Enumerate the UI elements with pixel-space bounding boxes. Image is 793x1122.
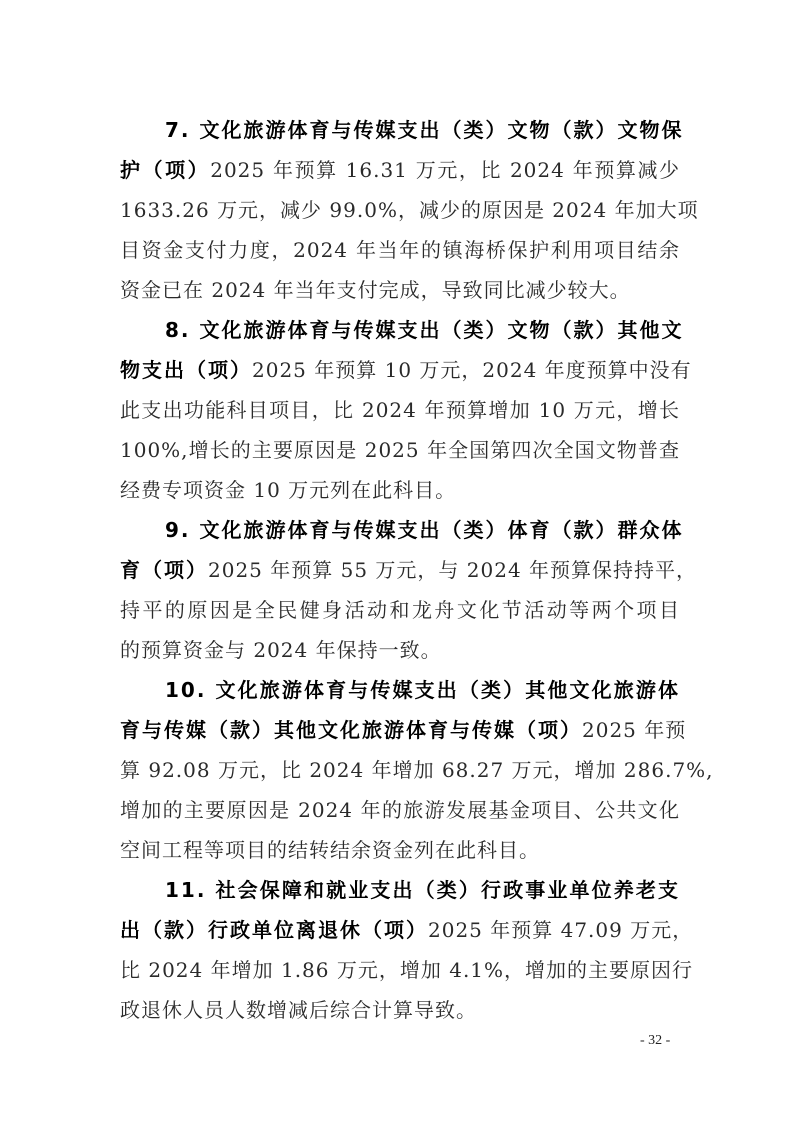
body-text: 目资金支付力度，2024 年当年的镇海桥保护利用项目结余	[120, 238, 680, 262]
paragraph-line: 1633.26 万元，减少 99.0%，减少的原因是 2024 年加大项	[120, 190, 680, 230]
paragraph-line: 9. 文化旅游体育与传媒支出（类）体育（款）群众体	[120, 510, 680, 550]
body-text: 2025 年预算 10 万元，2024 年度预算中没有	[252, 358, 692, 382]
paragraph-line: 8. 文化旅游体育与传媒支出（类）文物（款）其他文	[120, 310, 680, 350]
body-text: 的预算资金与 2024 年保持一致。	[120, 638, 442, 662]
heading-text: 9. 文化旅游体育与传媒支出（类）体育（款）群众体	[165, 518, 683, 542]
heading-text: 7. 文化旅游体育与传媒支出（类）文物（款）文物保	[165, 118, 683, 142]
page-number: - 32 -	[640, 1033, 670, 1049]
paragraph-line: 的预算资金与 2024 年保持一致。	[120, 630, 680, 670]
body-text: 1633.26 万元，减少 99.0%，减少的原因是 2024 年加大项	[120, 198, 699, 222]
body-text: 2025 年预算 16.31 万元，比 2024 年预算减少	[210, 158, 680, 182]
paragraph-line: 10. 文化旅游体育与传媒支出（类）其他文化旅游体	[120, 670, 680, 710]
paragraph-8: 8. 文化旅游体育与传媒支出（类）文物（款）其他文 物支出（项）2025 年预算…	[120, 310, 680, 510]
heading-text: 育与传媒（款）其他文化旅游体育与传媒（项）	[120, 718, 582, 742]
paragraph-line: 经费专项资金 10 万元列在此科目。	[120, 470, 680, 510]
paragraph-line: 100%,增长的主要原因是 2025 年全国第四次全国文物普查	[120, 430, 680, 470]
body-text: 此支出功能科目项目，比 2024 年预算增加 10 万元，增长	[120, 398, 680, 422]
paragraph-line: 7. 文化旅游体育与传媒支出（类）文物（款）文物保	[120, 110, 680, 150]
paragraph-line: 护（项）2025 年预算 16.31 万元，比 2024 年预算减少	[120, 150, 680, 190]
body-text: 资金已在 2024 年当年支付完成，导致同比减少较大。	[120, 278, 631, 302]
paragraph-line: 育与传媒（款）其他文化旅游体育与传媒（项）2025 年预	[120, 710, 680, 750]
paragraph-line: 政退休人员人数增减后综合计算导致。	[120, 990, 680, 1030]
body-text: 2025 年预	[582, 718, 686, 742]
body-text: 100%,增长的主要原因是 2025 年全国第四次全国文物普查	[120, 438, 680, 462]
body-text: 算 92.08 万元，比 2024 年增加 68.27 万元，增加 286.7%…	[120, 758, 714, 782]
body-text: 2025 年预算 55 万元，与 2024 年预算保持持平，	[208, 558, 697, 582]
paragraph-line: 物支出（项）2025 年预算 10 万元，2024 年度预算中没有	[120, 350, 680, 390]
heading-text: 育（项）	[120, 558, 208, 582]
body-text: 2025 年预算 47.09 万元，	[428, 918, 693, 942]
paragraph-line: 11. 社会保障和就业支出（类）行政事业单位养老支	[120, 870, 680, 910]
body-text: 政退休人员人数增减后综合计算导致。	[120, 998, 477, 1022]
heading-text: 物支出（项）	[120, 358, 252, 382]
document-body: 7. 文化旅游体育与传媒支出（类）文物（款）文物保 护（项）2025 年预算 1…	[120, 110, 680, 1030]
paragraph-11: 11. 社会保障和就业支出（类）行政事业单位养老支 出（款）行政单位离退休（项）…	[120, 870, 680, 1030]
paragraph-line: 增加的主要原因是 2024 年的旅游发展基金项目、公共文化	[120, 790, 680, 830]
document-page: 7. 文化旅游体育与传媒支出（类）文物（款）文物保 护（项）2025 年预算 1…	[0, 0, 793, 1122]
paragraph-line: 比 2024 年增加 1.86 万元，增加 4.1%，增加的主要原因行	[120, 950, 680, 990]
paragraph-line: 空间工程等项目的结转结余资金列在此科目。	[120, 830, 680, 870]
body-text: 增加的主要原因是 2024 年的旅游发展基金项目、公共文化	[120, 798, 680, 822]
paragraph-9: 9. 文化旅游体育与传媒支出（类）体育（款）群众体 育（项）2025 年预算 5…	[120, 510, 680, 670]
paragraph-line: 目资金支付力度，2024 年当年的镇海桥保护利用项目结余	[120, 230, 680, 270]
body-text: 比 2024 年增加 1.86 万元，增加 4.1%，增加的主要原因行	[120, 958, 693, 982]
paragraph-line: 资金已在 2024 年当年支付完成，导致同比减少较大。	[120, 270, 680, 310]
paragraph-line: 此支出功能科目项目，比 2024 年预算增加 10 万元，增长	[120, 390, 680, 430]
paragraph-line: 持平的原因是全民健身活动和龙舟文化节活动等两个项目	[120, 590, 680, 630]
body-text: 持平的原因是全民健身活动和龙舟文化节活动等两个项目	[120, 598, 680, 622]
heading-text: 8. 文化旅游体育与传媒支出（类）文物（款）其他文	[165, 318, 683, 342]
heading-text: 出（款）行政单位离退休（项）	[120, 918, 428, 942]
paragraph-10: 10. 文化旅游体育与传媒支出（类）其他文化旅游体 育与传媒（款）其他文化旅游体…	[120, 670, 680, 870]
paragraph-line: 出（款）行政单位离退休（项）2025 年预算 47.09 万元，	[120, 910, 680, 950]
heading-text: 11. 社会保障和就业支出（类）行政事业单位养老支	[165, 878, 680, 902]
paragraph-7: 7. 文化旅游体育与传媒支出（类）文物（款）文物保 护（项）2025 年预算 1…	[120, 110, 680, 310]
body-text: 经费专项资金 10 万元列在此科目。	[120, 478, 456, 502]
heading-text: 10. 文化旅游体育与传媒支出（类）其他文化旅游体	[165, 678, 680, 702]
paragraph-line: 算 92.08 万元，比 2024 年增加 68.27 万元，增加 286.7%…	[120, 750, 680, 790]
paragraph-line: 育（项）2025 年预算 55 万元，与 2024 年预算保持持平，	[120, 550, 680, 590]
body-text: 空间工程等项目的结转结余资金列在此科目。	[120, 838, 540, 862]
heading-text: 护（项）	[120, 158, 210, 182]
